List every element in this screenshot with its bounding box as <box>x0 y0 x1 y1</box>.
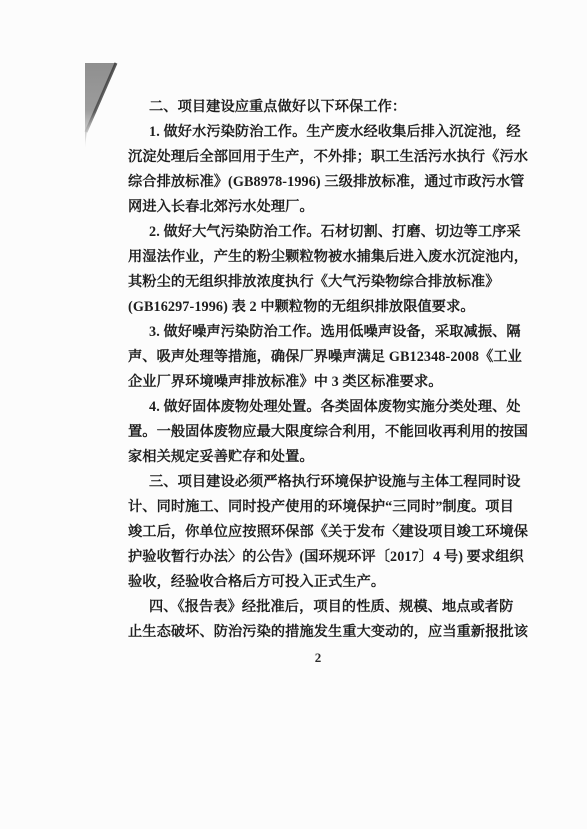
scan-corner-artifact <box>83 60 123 155</box>
body-line: 验收，经验收合格后方可投入正式生产。 <box>128 570 526 595</box>
body-line: 4. 做好固体废物处理处置。各类固体废物实施分类处理、处 <box>128 395 526 420</box>
body-line: 企业厂界环境噪声排放标准》中 3 类区标准要求。 <box>128 370 526 395</box>
body-line: 竣工后，你单位应按照环保部《关于发布〈建设项目竣工环境保 <box>128 520 526 545</box>
body-line: 家相关规定妥善贮存和处置。 <box>128 445 526 470</box>
section-heading-4: 四、《报告表》经批准后，项目的性质、规模、地点或者防 <box>128 595 526 620</box>
body-line: 3. 做好噪声污染防治工作。选用低噪声设备，采取减振、隔 <box>128 320 526 345</box>
document-body: 二、项目建设应重点做好以下环保工作： 1. 做好水污染防治工作。生产废水经收集后… <box>128 95 526 645</box>
scanned-document-page: 二、项目建设应重点做好以下环保工作： 1. 做好水污染防治工作。生产废水经收集后… <box>0 0 587 829</box>
page-number: 2 <box>128 648 508 668</box>
section-heading-3: 三、项目建设必须严格执行环境保护设施与主体工程同时设 <box>128 470 526 495</box>
body-line: 2. 做好大气污染防治工作。石材切割、打磨、切边等工序采 <box>128 220 526 245</box>
body-line: 计、同时施工、同时投产使用的环境保护“三同时”制度。项目 <box>128 495 526 520</box>
body-line: 综合排放标准》(GB8978-1996) 三级排放标准，通过市政污水管 <box>128 170 526 195</box>
body-line: 用湿法作业，产生的粉尘颗粒物被水捕集后进入废水沉淀池内， <box>128 245 526 270</box>
body-line: 其粉尘的无组织排放浓度执行《大气污染物综合排放标准》 <box>128 270 526 295</box>
body-line: (GB16297-1996) 表 2 中颗粒物的无组织排放限值要求。 <box>128 295 526 320</box>
section-heading-2: 二、项目建设应重点做好以下环保工作： <box>128 95 526 120</box>
body-line: 声、吸声处理等措施，确保厂界噪声满足 GB12348-2008《工业 <box>128 345 526 370</box>
body-line: 护验收暂行办法〉的公告》(国环规环评〔2017〕4 号) 要求组织 <box>128 545 526 570</box>
body-line: 置。一般固体废物应最大限度综合利用，不能回收再利用的按国 <box>128 420 526 445</box>
body-line: 沉淀处理后全部回用于生产，不外排；职工生活污水执行《污水 <box>128 145 526 170</box>
body-line: 1. 做好水污染防治工作。生产废水经收集后排入沉淀池，经 <box>128 120 526 145</box>
body-line: 止生态破坏、防治污染的措施发生重大变动的，应当重新报批该 <box>128 620 526 645</box>
body-line: 网进入长春北郊污水处理厂。 <box>128 195 526 220</box>
